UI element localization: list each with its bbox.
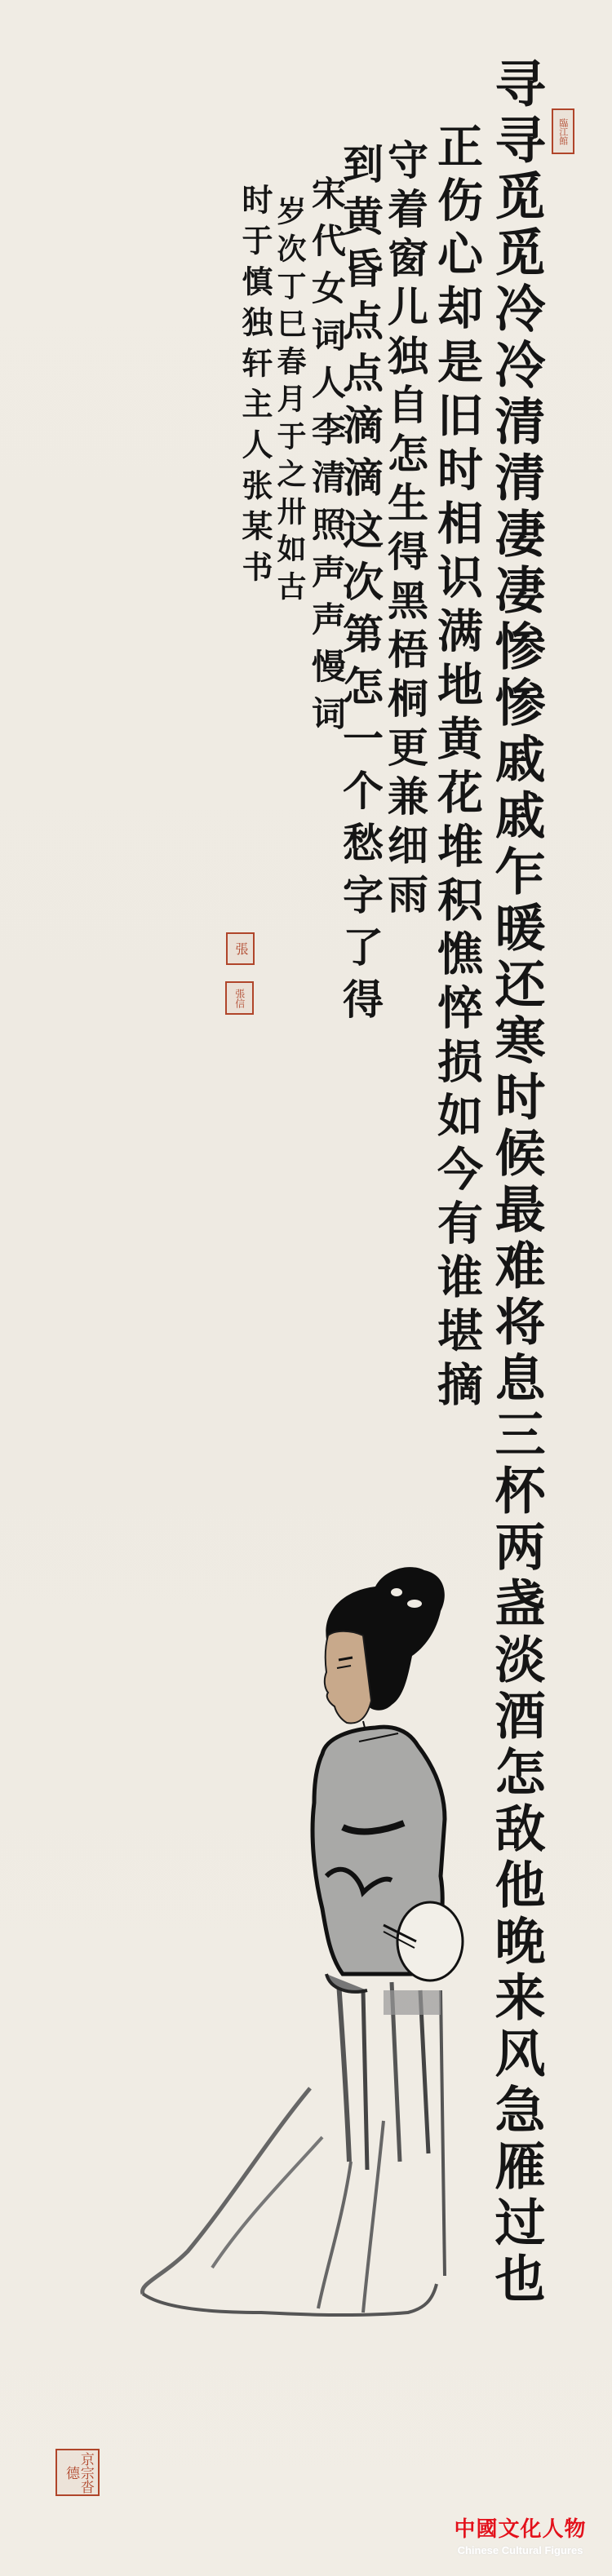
seal-signature-1: 張 (226, 932, 255, 965)
poem-column-1: 寻寻觅觅冷冷清清凄凄惨惨戚戚乍暖还寒时候最难将息三杯两盏淡酒怎敌他晚来风急雁过也 (480, 57, 552, 2472)
lady-figure-illustration (82, 1550, 473, 2366)
poem-column-2: 正伤心却是旧时相识满地黄花堆积憔悴损如今有谁堪摘 (424, 122, 490, 1574)
watermark: 中國文化人物 Chinese Cultural Figures (453, 2512, 588, 2556)
seal-signature-2: 張信 (225, 981, 254, 1015)
seal-bottom-left: 京宗沓德 (55, 2449, 100, 2496)
watermark-english: Chinese Cultural Figures (453, 2544, 588, 2556)
watermark-chinese: 中國文化人物 (453, 2512, 588, 2543)
inscription-column-3: 时于慎独轩主人张某书 (233, 184, 277, 836)
seal-top-right: 臨江館 (552, 108, 574, 154)
